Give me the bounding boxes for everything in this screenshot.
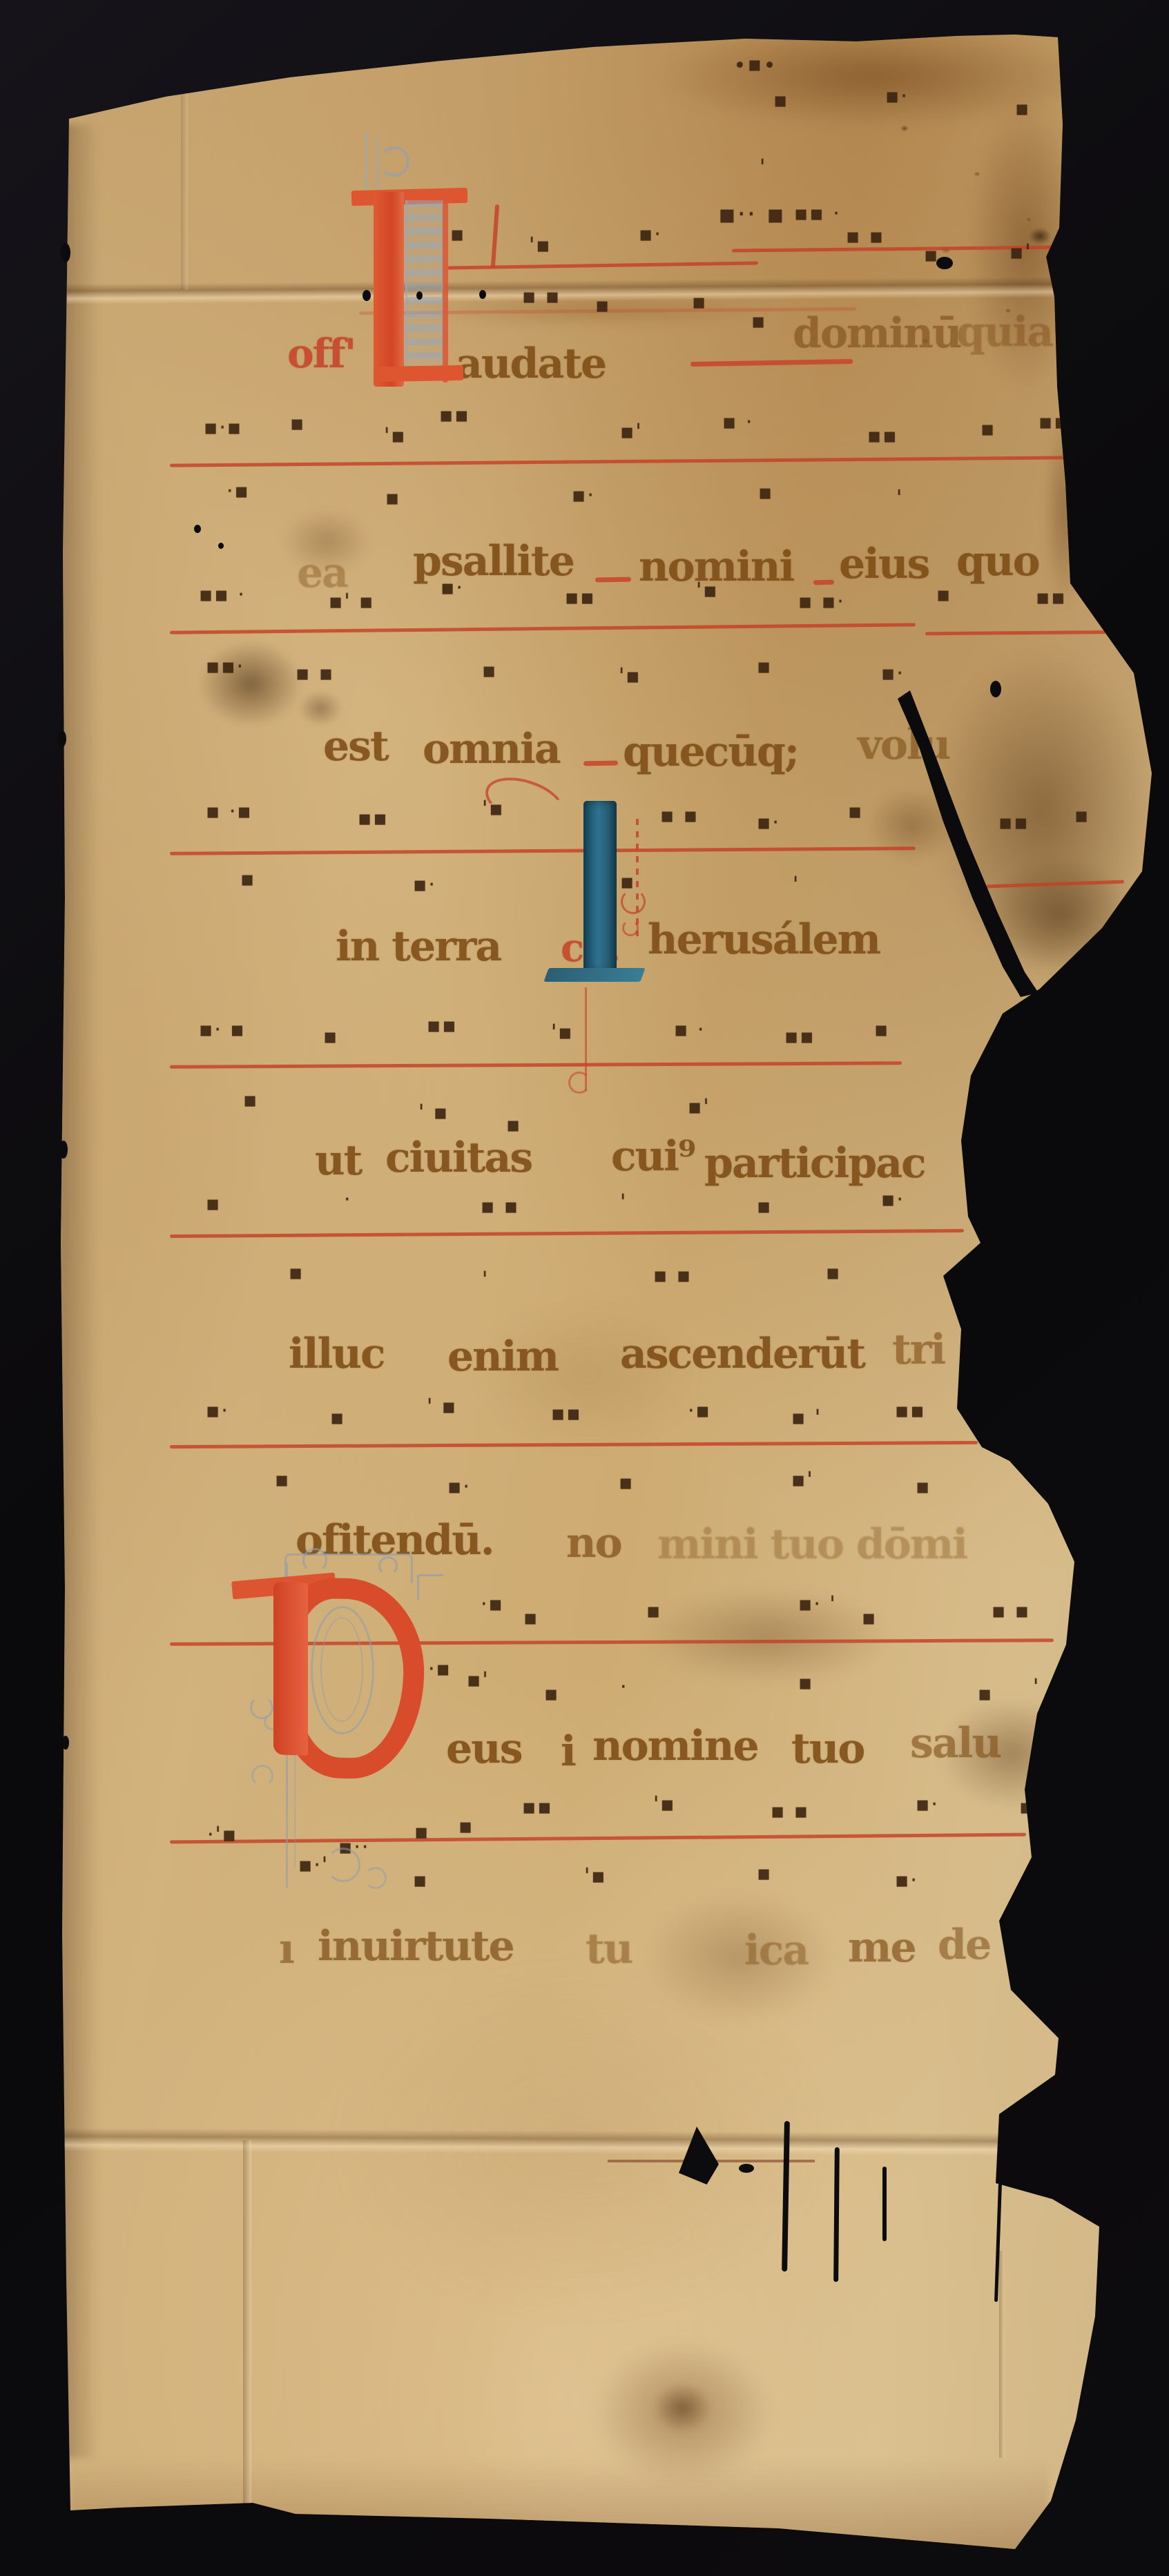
manuscript-word: quo: [956, 537, 1039, 585]
staff-line: [170, 1441, 978, 1449]
staff-line: [170, 1229, 964, 1238]
manuscript-word: ut: [315, 1136, 361, 1185]
manuscript-word: est: [323, 722, 388, 771]
neume-cluster: ·▪: [481, 1592, 504, 1616]
stain: [932, 649, 1153, 974]
penwork-spiral: [379, 146, 409, 177]
hole: [739, 2164, 754, 2173]
penwork-curl: [365, 1867, 387, 1889]
filigree-ring-red: [621, 889, 646, 914]
hole: [194, 525, 201, 533]
neume-cluster: ▪·: [206, 1399, 229, 1423]
neume-cluster: ▪▪: [439, 403, 470, 427]
neume-cluster: ·'▪: [207, 1823, 238, 1847]
hole: [61, 243, 70, 262]
neume-cluster: ' ▪: [427, 1395, 457, 1419]
manuscript-word: illuc: [289, 1330, 385, 1378]
manuscript-word: ciuitas: [385, 1134, 532, 1182]
neume-cluster: ▪▪: [358, 806, 389, 831]
stain: [1044, 414, 1085, 608]
neume-cluster: ': [896, 486, 903, 510]
initial-D: [243, 1558, 471, 1903]
manuscript-word: tu: [586, 1925, 632, 1973]
manuscript-word: in terra: [336, 922, 501, 971]
neume-cluster: ▪▪: [551, 1402, 582, 1426]
manuscript-word: no: [566, 1519, 621, 1567]
vertical-crease: [999, 2251, 1005, 2458]
stain: [642, 1588, 891, 1685]
manuscript-word: salu: [910, 1719, 1001, 1768]
hole: [218, 543, 224, 549]
neume-cluster: ▪▪ ·: [794, 202, 841, 226]
neume-cluster: ▪· ▪: [199, 1018, 246, 1042]
filigree-dots-red: [636, 819, 639, 936]
neume-cluster: ▪▪: [998, 811, 1030, 835]
ink-blot: [1029, 228, 1051, 244]
neume-cluster: ▪·: [413, 873, 436, 897]
neume-cluster: ▪: [323, 1025, 338, 1049]
neume-cluster: ▪·: [757, 811, 780, 835]
staff-line-flap: [986, 880, 1124, 889]
neume-cluster: ▪ ▪·: [798, 590, 845, 614]
neume-cluster: ▪: [206, 1192, 221, 1216]
manuscript-word: tri: [892, 1326, 945, 1374]
neume-cluster: ▪ ▪: [992, 1599, 1030, 1623]
neume-cluster: ▪': [688, 1095, 711, 1119]
manuscript-word: ea: [297, 549, 347, 597]
neume-cluster: ▪: [758, 481, 773, 505]
neume-cluster: ▪: [773, 88, 789, 113]
manuscript-word: dominū: [793, 309, 961, 358]
neume-cluster: ': [482, 1268, 489, 1292]
tear-slit: [882, 2167, 887, 2241]
penwork-corner: [417, 1574, 445, 1602]
neume-cluster: ▪: [385, 486, 400, 510]
penwork-spiral: [378, 1556, 398, 1576]
neume-cluster: ' ▪: [418, 1101, 449, 1125]
penwork-hairline: [365, 131, 367, 193]
neume-cluster: ▪: [798, 1671, 813, 1695]
neume-cluster: ▪: [862, 1606, 877, 1630]
neume-cluster: ▪: [1074, 804, 1090, 828]
neume-cluster: ▪▪·: [206, 655, 244, 679]
neume-cluster: ▪: [916, 1475, 931, 1499]
neume-cluster: ·: [620, 1675, 628, 1699]
filigree-curl-red: [479, 768, 570, 834]
stain: [653, 2383, 711, 2432]
stain: [298, 690, 342, 726]
hole: [62, 1736, 69, 1750]
neume-cluster: ▪·: [639, 222, 662, 246]
neume-cluster: ▪▪: [867, 424, 898, 448]
neume-cluster: ': [760, 155, 766, 180]
neume-cluster: ▪: [874, 1018, 889, 1042]
neume-cluster: ▪: [1015, 97, 1030, 121]
neume-cluster: ': [1033, 1675, 1040, 1699]
manuscript-photo: ∙▪∙▪▪·▪'▪▪ ·▪'▪▪·▪·· ▪▪ ▪▪▪'▪ ▪▪▪▪▪·▪▪'▪…: [0, 0, 1169, 2576]
penwork-floret: [251, 1765, 273, 1787]
edge-shadow-bottom: [69, 2458, 1050, 2555]
neume-cluster: ▪ ·▪: [206, 800, 253, 824]
neume-cluster: '▪: [529, 233, 552, 258]
vertical-crease: [181, 41, 188, 290]
neume-cluster: ▪·: [916, 1792, 939, 1817]
manuscript-word: herusálem: [648, 916, 880, 964]
manuscript-word: psallite: [413, 537, 574, 585]
staff-line: [170, 456, 1067, 467]
initial-d-stem: [273, 1582, 308, 1756]
hole: [479, 290, 486, 299]
neume-cluster: ▪: [1019, 1795, 1034, 1819]
neume-cluster: ▪▪: [565, 585, 596, 610]
stain: [594, 2341, 773, 2486]
manuscript-word: ascenderūt: [620, 1330, 864, 1378]
manuscript-word: nomini: [639, 543, 793, 591]
initial-l-right-line: [443, 191, 448, 382]
neume-cluster: ▪: [757, 1861, 772, 1886]
neume-cluster: ▪·: [885, 84, 909, 108]
penwork-curl: [326, 1848, 360, 1882]
neume-cluster: '▪: [653, 1792, 676, 1817]
initial-L: [349, 164, 501, 392]
neume-cluster: ·▪: [688, 1399, 711, 1423]
neume-cluster: ▪▪: [1038, 410, 1070, 434]
neume-cluster: ▪▪: [1036, 585, 1067, 610]
hole: [363, 290, 371, 301]
neume-cluster: ▪·· ▪: [718, 199, 786, 229]
neume-cluster: ▪: [240, 867, 255, 891]
initial-l-foot: [374, 365, 463, 382]
red-line-filler: [813, 580, 834, 585]
neume-cluster: ∙▪∙: [733, 52, 777, 77]
neume-cluster: ▪ ▪: [653, 1263, 692, 1288]
hole: [936, 257, 953, 269]
neume-cluster: ▪: [646, 1599, 661, 1623]
penwork-hairline: [376, 137, 378, 189]
neume-cluster: ': [793, 873, 800, 897]
neume-cluster: ▪: [936, 583, 951, 607]
neume-cluster: ·▪: [226, 479, 250, 503]
neume-cluster: ▪: [243, 1088, 258, 1112]
initial-i-stem: [583, 801, 617, 972]
neume-cluster: ▪ ▪: [846, 224, 885, 249]
red-line-filler: [690, 359, 853, 367]
neume-cluster: ▪: [978, 1682, 993, 1706]
neume-cluster: ▪': [1009, 240, 1032, 264]
neume-cluster: ▪: [826, 1261, 841, 1285]
manuscript-word: ica: [744, 1926, 808, 1975]
neume-cluster: ▪▪: [522, 1795, 553, 1819]
neume-cluster: ·: [344, 1188, 352, 1212]
neume-cluster: ▪: [692, 290, 707, 314]
hole: [59, 1141, 68, 1159]
filigree-ring-red: [622, 920, 639, 936]
neume-cluster: ▪: [595, 293, 610, 318]
manuscript-word: off': [287, 330, 355, 377]
manuscript-word: me: [848, 1924, 916, 1972]
neume-cluster: '▪: [384, 424, 407, 448]
staff-line-flap: [925, 630, 1132, 636]
manuscript-word: quia: [956, 308, 1052, 356]
neume-cluster: ▪: [544, 1682, 559, 1706]
manuscript-word: eius: [839, 540, 929, 588]
manuscript-word: de: [938, 1921, 990, 1969]
neume-cluster: ▪·▪: [204, 416, 242, 440]
vertical-crease: [243, 2140, 251, 2513]
neume-cluster: ▪·: [447, 1475, 471, 1499]
manuscript-word: tuo: [791, 1725, 864, 1773]
neume-cluster: ▪': [791, 1468, 814, 1492]
neume-cluster: ▪▪: [784, 1025, 815, 1049]
initial-i-base: [543, 968, 645, 982]
penwork-spiral: [302, 1548, 327, 1573]
neume-cluster: ': [620, 1190, 627, 1214]
neume-cluster: ▪: [275, 1468, 290, 1492]
stain: [199, 641, 302, 727]
hole: [990, 681, 1001, 697]
fold-crease-top: [62, 277, 1063, 304]
neume-cluster: ▪: [482, 659, 497, 683]
neume-cluster: ▪·: [572, 483, 595, 507]
neume-cluster: ▪: [330, 1406, 345, 1430]
neume-cluster: '▪: [619, 664, 641, 688]
manuscript-word: cui⁹: [611, 1132, 695, 1181]
neume-cluster: ▪· ': [798, 1592, 837, 1616]
neume-cluster: ▪: [289, 1261, 304, 1285]
hole: [416, 291, 423, 300]
manuscript-word: mini tuo dōmi: [657, 1520, 967, 1569]
neume-cluster: ▪▪ ·: [199, 583, 246, 607]
filigree-curl-red: [568, 1072, 590, 1094]
neume-cluster: ▪▪: [895, 1399, 926, 1423]
neume-cluster: '▪: [584, 1864, 607, 1888]
edge-shadow-left: [58, 124, 99, 2458]
stain: [656, 25, 1098, 128]
neume-cluster: ▪▪: [427, 1014, 458, 1038]
penwork-panel: [405, 200, 444, 378]
neume-cluster: ▪': [620, 420, 643, 444]
fold-crease-bottom: [62, 2128, 1098, 2157]
manuscript-word: ı: [279, 1925, 293, 1973]
manuscript-word: participac: [704, 1139, 925, 1188]
neume-cluster: ▪: [619, 1471, 634, 1495]
manuscript-word: nomine: [592, 1722, 758, 1770]
neume-cluster: ▪ ·: [674, 1018, 705, 1042]
manuscript-word: enim: [447, 1333, 558, 1381]
stain: [331, 1961, 829, 2320]
initial-I: [480, 759, 673, 1091]
neume-cluster: ▪: [751, 309, 766, 333]
neume-cluster: ▪ ▪: [522, 284, 561, 309]
neume-cluster: ▪: [523, 1606, 539, 1630]
neume-cluster: ▪: [980, 417, 996, 441]
initial-l-stem: [374, 192, 404, 387]
neume-cluster: ▪: [290, 411, 305, 436]
manuscript-word: i: [561, 1727, 575, 1776]
neume-cluster: ▪ ▪: [481, 1194, 519, 1219]
red-line-filler: [595, 577, 631, 583]
neume-cluster: ▪·: [895, 1868, 918, 1892]
neume-cluster: ▪: [757, 655, 772, 679]
neume-cluster: ▪: [848, 800, 863, 824]
neume-cluster: ▪·: [881, 661, 905, 686]
hole: [58, 730, 66, 747]
neume-cluster: ▪ ': [791, 1406, 822, 1430]
parchment-leaf: ∙▪∙▪▪·▪'▪▪ ·▪'▪▪·▪·· ▪▪ ▪▪▪'▪ ▪▪▪▪▪·▪▪'▪…: [0, 0, 1169, 2576]
neume-cluster: ▪: [757, 1194, 772, 1219]
neume-cluster: ▪ ▪: [771, 1799, 809, 1823]
neume-cluster: ▪ ▪: [296, 661, 334, 686]
penwork-inner-oval: [320, 1617, 363, 1722]
staff-line: [170, 623, 916, 634]
manuscript-word: inuirtute: [318, 1922, 514, 1970]
neume-cluster: ▪·: [881, 1188, 905, 1212]
neume-cluster: ▪ ·: [722, 410, 753, 434]
